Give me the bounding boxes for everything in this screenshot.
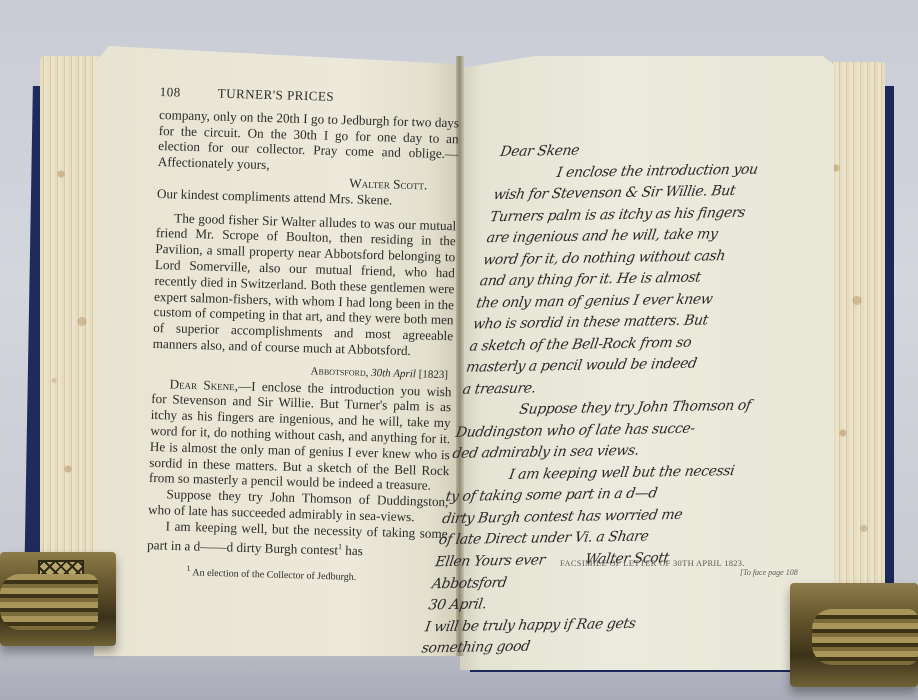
- letter-paragraph-1: Dear Skene,—I enclose the introduction y…: [149, 375, 452, 494]
- commentary-paragraph: The good fisher Sir Walter alludes to wa…: [153, 210, 457, 360]
- letter-paragraph-3: I am keeping well, but the necessity of …: [147, 518, 448, 561]
- facing-page-reference: [To face page 108: [740, 568, 798, 577]
- salutation: Dear Skene,: [169, 376, 238, 393]
- running-title: TURNER'S PRICES: [218, 86, 335, 105]
- letter-continuation: company, only on the 20th I go to Jedbur…: [158, 107, 460, 179]
- brass-hand-bookend-right: [790, 583, 918, 687]
- photo-scene: 108 TURNER'S PRICES company, only on the…: [0, 0, 918, 700]
- hand-icon: [812, 609, 918, 665]
- page-number: 108: [160, 84, 218, 101]
- brass-hand-bookend-left: [0, 552, 116, 646]
- hand-icon: [0, 574, 98, 630]
- left-page-text: 108 TURNER'S PRICES company, only on the…: [146, 84, 460, 588]
- facsimile-caption: FACSIMILE OF LETTER OF 30TH APRIL 1823.: [560, 558, 745, 568]
